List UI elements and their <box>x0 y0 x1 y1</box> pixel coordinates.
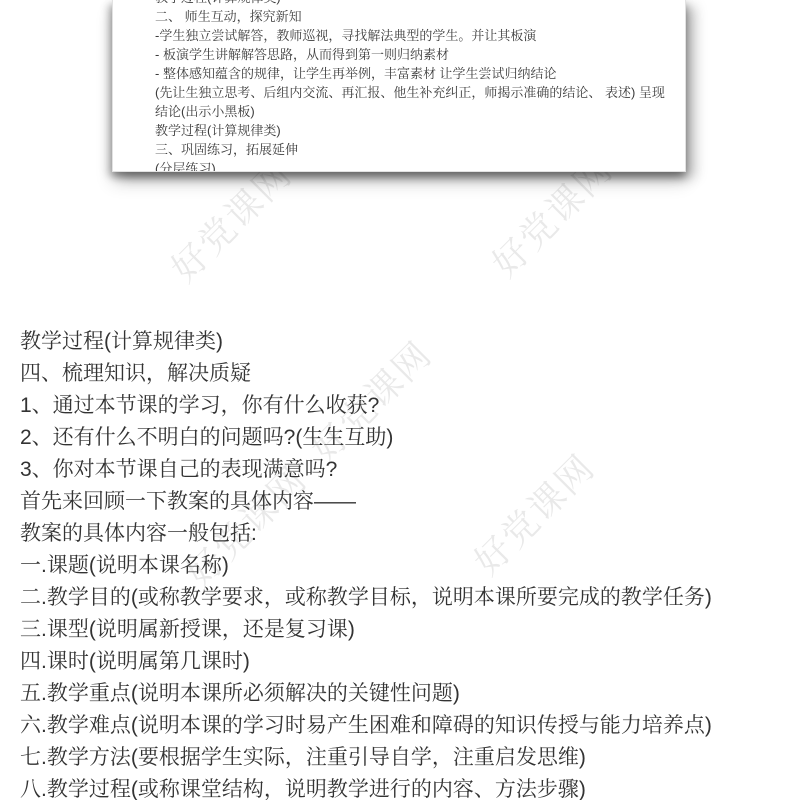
body-line: 五.教学重点(说明本课所必须解决的关键性问题) <box>20 678 790 710</box>
preview-line: 二、 师生互动，探究新知 <box>155 7 679 26</box>
preview-line: 结论(出示小黑板) <box>155 102 679 121</box>
body-line: 1、通过本节课的学习，你有什么收获? <box>20 390 790 422</box>
page: 好党课网好党课网好党课网好党课网好党课网 教学过程(计算规律类)二、 师生互动，… <box>0 0 800 800</box>
document-preview-text: 教学过程(计算规律类)二、 师生互动，探究新知-学生独立尝试解答，教师巡视，寻找… <box>155 0 679 172</box>
preview-line: -学生独立尝试解答，教师巡视，寻找解法典型的学生。并让其板演 <box>155 26 679 45</box>
preview-line: 三、巩固练习，拓展延伸 <box>155 140 679 159</box>
preview-line: 教学过程(计算规律类) <box>155 0 679 7</box>
preview-line: (分层练习) <box>155 159 679 172</box>
body-line: 四.课时(说明属第几课时) <box>20 646 790 678</box>
preview-line: 教学过程(计算规律类) <box>155 121 679 140</box>
preview-line: - 整体感知蕴含的规律，让学生再举例，丰富素材 让学生尝试归纳结论 <box>155 64 679 83</box>
body-line: 3、你对本节课自己的表现满意吗? <box>20 454 790 486</box>
body-line: 四、梳理知识，解决质疑 <box>20 358 790 390</box>
preview-line: - 板演学生讲解解答思路，从而得到第一则归纳素材 <box>155 45 679 64</box>
body-line: 教案的具体内容一般包括: <box>20 518 790 550</box>
body-line: 三.课型(说明属新授课，还是复习课) <box>20 614 790 646</box>
body-line: 七.教学方法(要根据学生实际，注重引导自学，注重启发思维) <box>20 742 790 774</box>
body-line: 2、还有什么不明白的问题吗?(生生互助) <box>20 422 790 454</box>
preview-line: (先让生独立思考、后组内交流、再汇报、他生补充纠正，师揭示准确的结论、 表述) … <box>155 83 679 102</box>
body-text: 教学过程(计算规律类)四、梳理知识，解决质疑1、通过本节课的学习，你有什么收获?… <box>20 326 790 800</box>
body-line: 首先来回顾一下教案的具体内容—— <box>20 486 790 518</box>
body-line: 一.课题(说明本课名称) <box>20 550 790 582</box>
document-preview-card: 教学过程(计算规律类)二、 师生互动，探究新知-学生独立尝试解答，教师巡视，寻找… <box>112 0 686 172</box>
body-line: 六.教学难点(说明本课的学习时易产生困难和障碍的知识传授与能力培养点) <box>20 710 790 742</box>
body-line: 八.教学过程(或称课堂结构，说明教学进行的内容、方法步骤) <box>20 774 790 800</box>
body-line: 教学过程(计算规律类) <box>20 326 790 358</box>
body-line: 二.教学目的(或称教学要求，或称教学目标，说明本课所要完成的教学任务) <box>20 582 790 614</box>
